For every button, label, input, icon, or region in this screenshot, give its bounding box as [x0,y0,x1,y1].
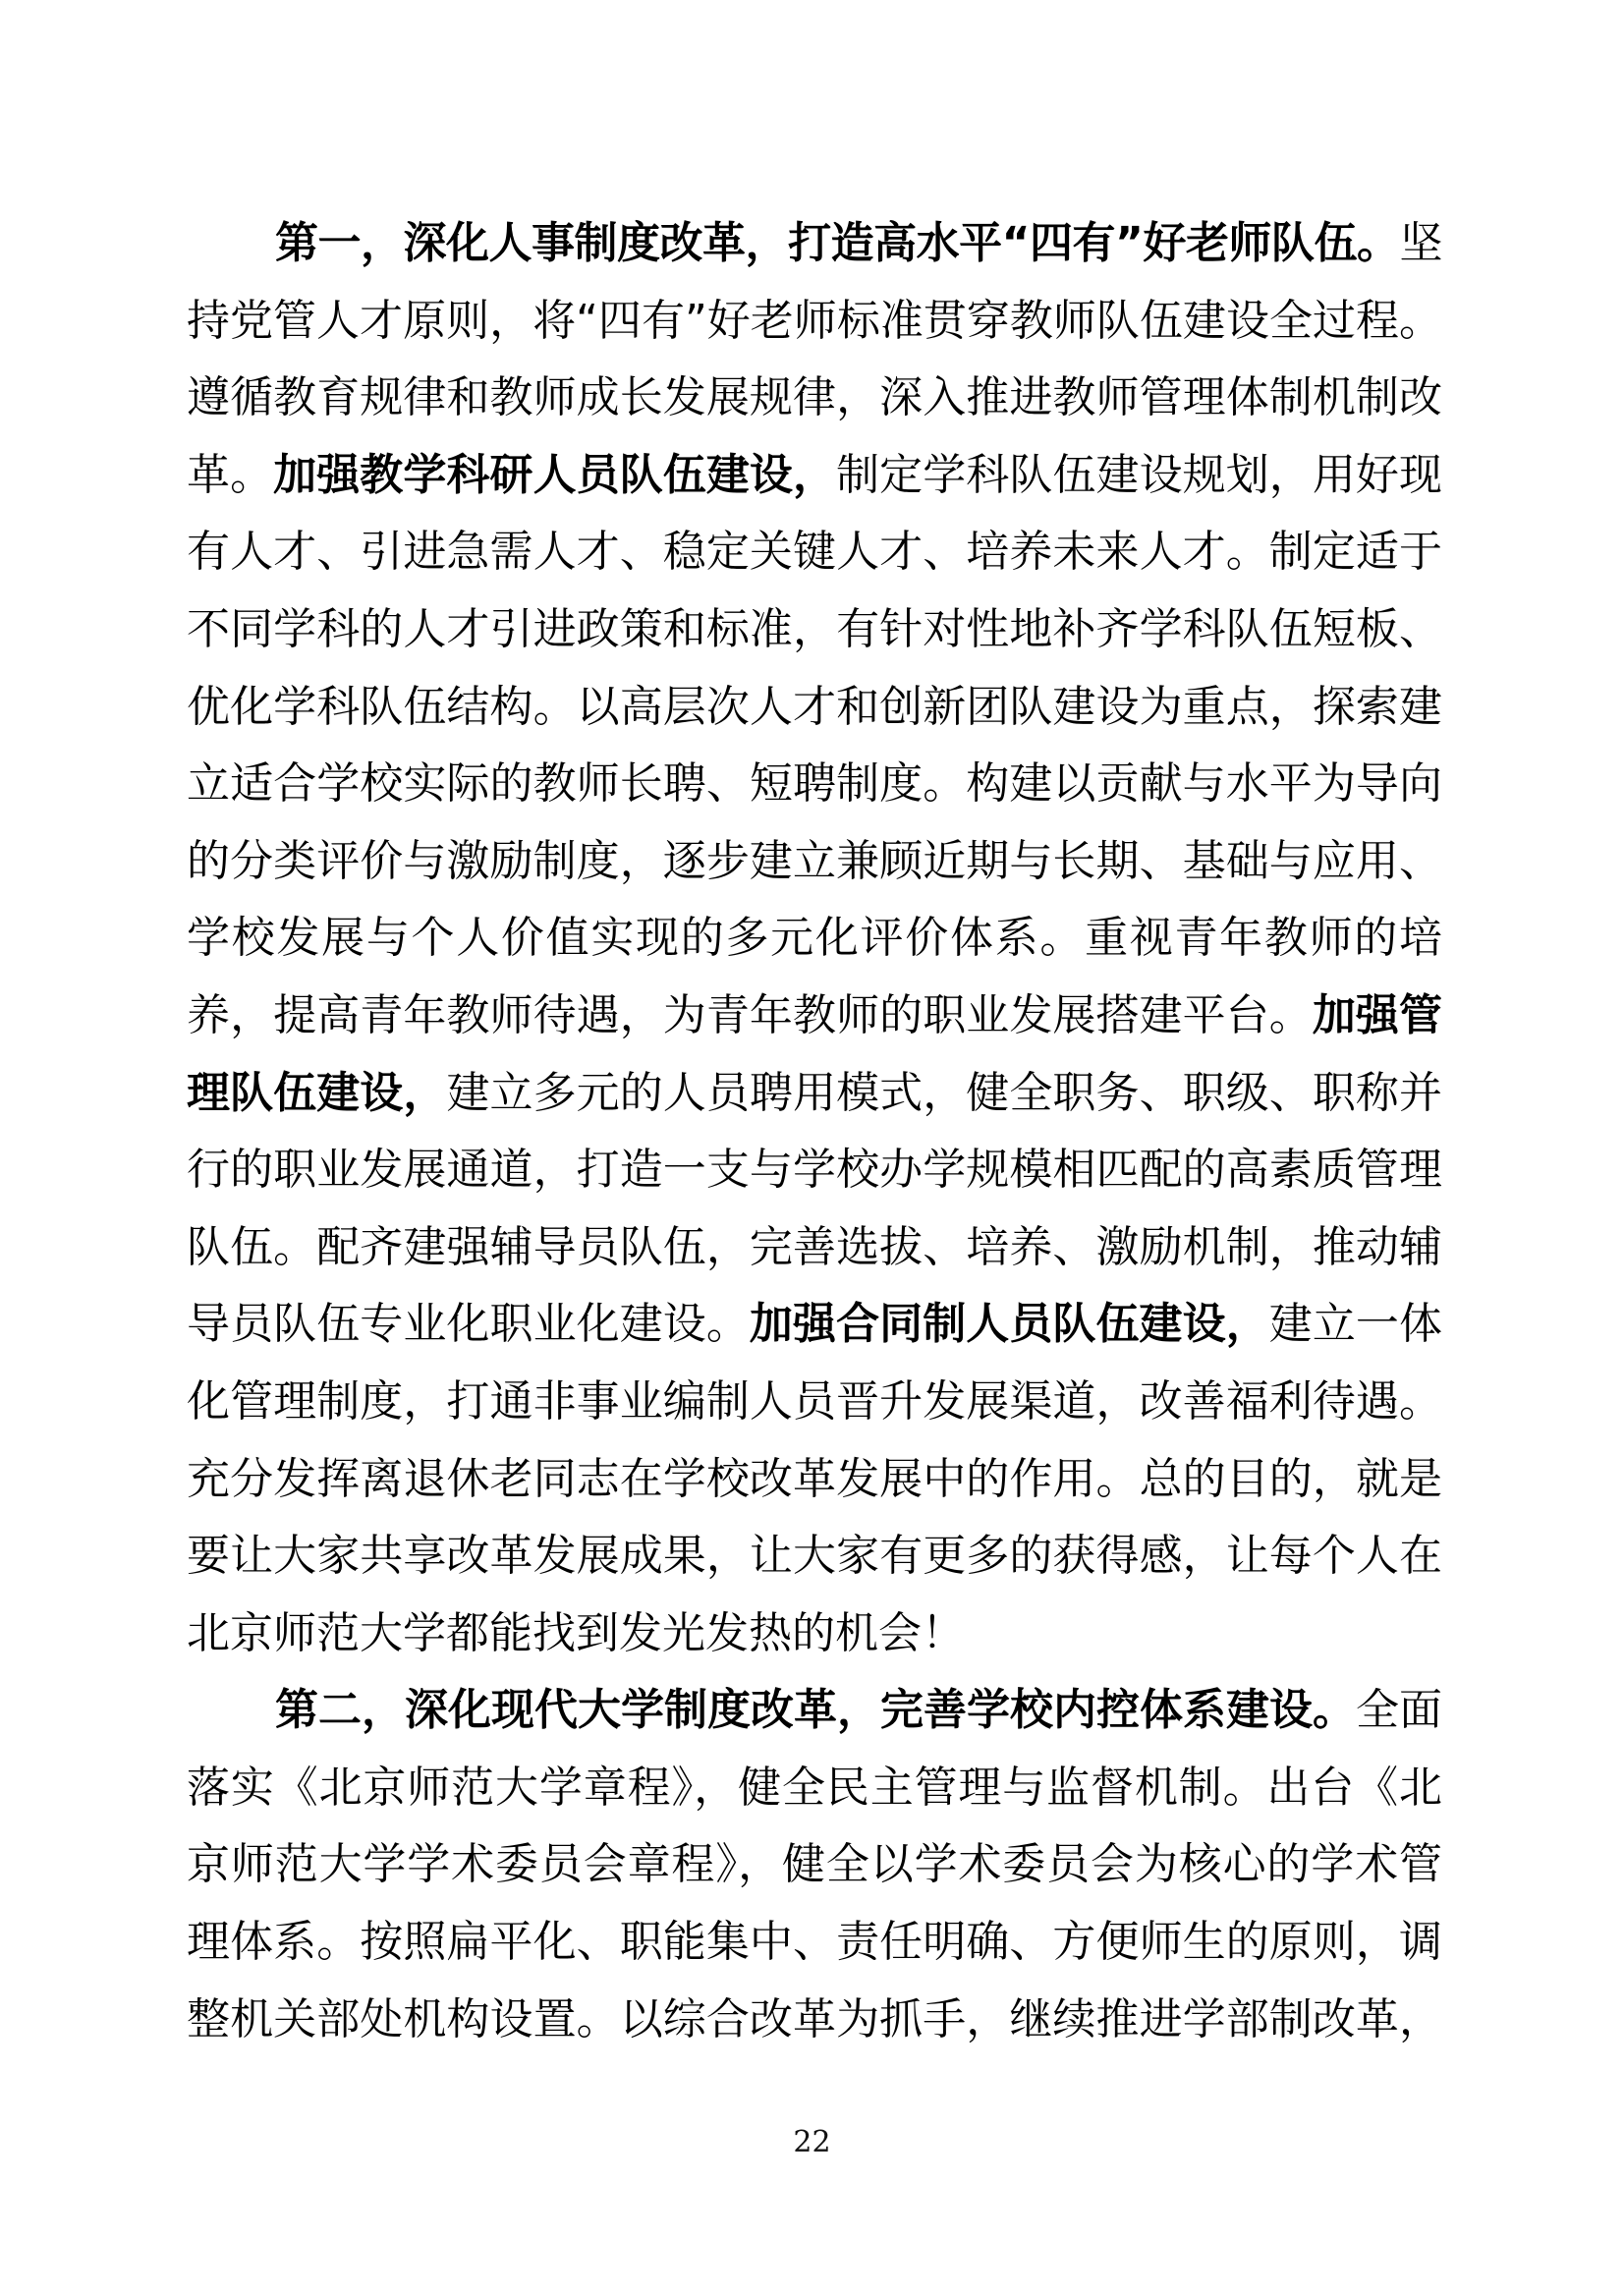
text-line: 第二，深化现代大学制度改革，完善学校内控体系建设。全面 [187,1681,1442,1759]
bold-phrase-management-staff: 加强管 [1313,990,1442,1040]
text-line: 化管理制度，打通非事业编制人员晋升发展渠道，改善福利待遇。 [187,1372,1442,1450]
text-line: 学校发展与个人价值实现的多元化评价体系。重视青年教师的培 [187,909,1442,986]
text-line: 优化学科队伍结构。以高层次人才和创新团队建设为重点，探索建 [187,678,1442,756]
text-line: 有人才、引进急需人才、稳定关键人才、培养未来人才。制定适于 [187,523,1442,600]
bold-phrase-contract-staff: 加强合同制人员队伍建设， [750,1299,1269,1349]
text-line: 队伍。配齐建强辅导员队伍，完善选拔、培养、激励机制，推动辅 [187,1218,1442,1296]
text-line: 行的职业发展通道，打造一支与学校办学规模相匹配的高素质管理 [187,1141,1442,1218]
page-number: 22 [0,2125,1624,2159]
text-line: 第一，深化人事制度改革，打造高水平“四有”好老师队伍。坚 [187,214,1442,292]
text-line: 北京师范大学都能找到发光发热的机会！ [187,1604,1442,1682]
paragraph-2: 第二，深化现代大学制度改革，完善学校内控体系建设。全面 落实《北京师范大学章程》… [187,1681,1442,2067]
paragraph-1: 第一，深化人事制度改革，打造高水平“四有”好老师队伍。坚 持党管人才原则，将“四… [187,214,1442,1681]
text-line: 持党管人才原则，将“四有”好老师标准贯穿教师队伍建设全过程。 [187,292,1442,369]
text-line: 京师范大学学术委员会章程》，健全以学术委员会为核心的学术管 [187,1835,1442,1913]
text-line: 理体系。按照扁平化、职能集中、责任明确、方便师生的原则，调 [187,1913,1442,1990]
text-line: 革。加强教学科研人员队伍建设，制定学科队伍建设规划，用好现 [187,446,1442,524]
text-line: 理队伍建设，建立多元的人员聘用模式，健全职务、职级、职称并 [187,1064,1442,1142]
text-line: 充分发挥离退休老同志在学校改革发展中的作用。总的目的，就是 [187,1450,1442,1528]
text-line: 落实《北京师范大学章程》，健全民主管理与监督机制。出台《北 [187,1759,1442,1836]
text-line: 不同学科的人才引进政策和标准，有针对性地补齐学科队伍短板、 [187,600,1442,678]
heading-first-reform: 第一，深化人事制度改革，打造高水平“四有”好老师队伍。 [275,218,1400,268]
text-line: 导员队伍专业化职业化建设。加强合同制人员队伍建设，建立一体 [187,1295,1442,1372]
text-line: 整机关部处机构设置。以综合改革为抓手，继续推进学部制改革， [187,1990,1442,2068]
body-text: 第一，深化人事制度改革，打造高水平“四有”好老师队伍。坚 持党管人才原则，将“四… [187,214,1442,2067]
text-line: 的分类评价与激励制度，逐步建立兼顾近期与长期、基础与应用、 [187,832,1442,910]
heading-second-reform: 第二，深化现代大学制度改革，完善学校内控体系建设。 [275,1685,1356,1735]
text-line: 遵循教育规律和教师成长发展规律，深入推进教师管理体制机制改 [187,368,1442,446]
text-line: 立适合学校实际的教师长聘、短聘制度。构建以贡献与水平为导向 [187,755,1442,832]
bold-phrase-research-staff: 加强教学科研人员队伍建设， [273,450,836,500]
text-line: 要让大家共享改革发展成果，让大家有更多的获得感，让每个人在 [187,1527,1442,1604]
text-line: 养，提高青年教师待遇，为青年教师的职业发展搭建平台。加强管 [187,986,1442,1064]
document-page: 第一，深化人事制度改革，打造高水平“四有”好老师队伍。坚 持党管人才原则，将“四… [0,0,1624,2296]
